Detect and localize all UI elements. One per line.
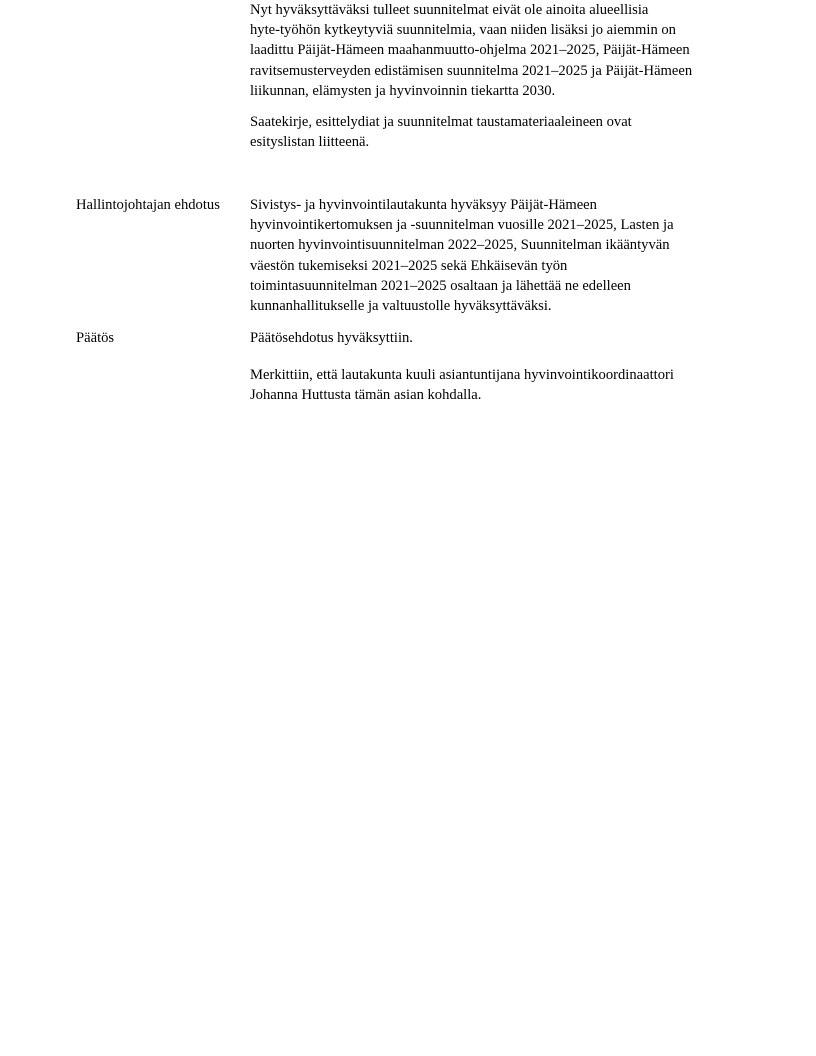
- text-line: liikunnan, elämysten ja hyvinvoinnin tie…: [250, 81, 745, 101]
- proposal-label: Hallintojohtajan ehdotus: [76, 195, 220, 215]
- text-line: ravitsemusterveyden edistämisen suunnite…: [250, 61, 745, 81]
- text-line: hyte-työhön kytkeytyviä suunnitelmia, va…: [250, 20, 745, 40]
- intro-paragraph-1: Nyt hyväksyttäväksi tulleet suunnitelmat…: [250, 0, 745, 101]
- text-line: väestön tukemiseksi 2021–2025 sekä Ehkäi…: [250, 256, 745, 276]
- proposal-text: Sivistys- ja hyvinvointilautakunta hyväk…: [250, 195, 745, 316]
- text-line: Saatekirje, esittelydiat ja suunnitelmat…: [250, 112, 745, 132]
- text-line: Johanna Huttusta tämän asian kohdalla.: [250, 385, 745, 405]
- decision-paragraph-1: Päätösehdotus hyväksyttiin.: [250, 328, 745, 348]
- decision-paragraph-2: Merkittiin, että lautakunta kuuli asiant…: [250, 365, 745, 405]
- intro-paragraph-2: Saatekirje, esittelydiat ja suunnitelmat…: [250, 112, 745, 152]
- text-line: Päätösehdotus hyväksyttiin.: [250, 328, 745, 348]
- text-line: nuorten hyvinvointisuunnitelman 2022–202…: [250, 235, 745, 255]
- text-line: laadittu Päijät-Hämeen maahanmuutto-ohje…: [250, 40, 745, 60]
- text-line: esityslistan liitteenä.: [250, 132, 745, 152]
- text-line: Nyt hyväksyttäväksi tulleet suunnitelmat…: [250, 0, 745, 20]
- text-line: toimintasuunnitelman 2021–2025 osaltaan …: [250, 276, 745, 296]
- text-line: Sivistys- ja hyvinvointilautakunta hyväk…: [250, 195, 745, 215]
- decision-label: Päätös: [76, 328, 114, 348]
- text-line: hyvinvointikertomuksen ja -suunnitelman …: [250, 215, 745, 235]
- text-line: Merkittiin, että lautakunta kuuli asiant…: [250, 365, 745, 385]
- document-page: Nyt hyväksyttäväksi tulleet suunnitelmat…: [0, 0, 816, 1056]
- text-line: kunnanhallitukselle ja valtuustolle hyvä…: [250, 296, 745, 316]
